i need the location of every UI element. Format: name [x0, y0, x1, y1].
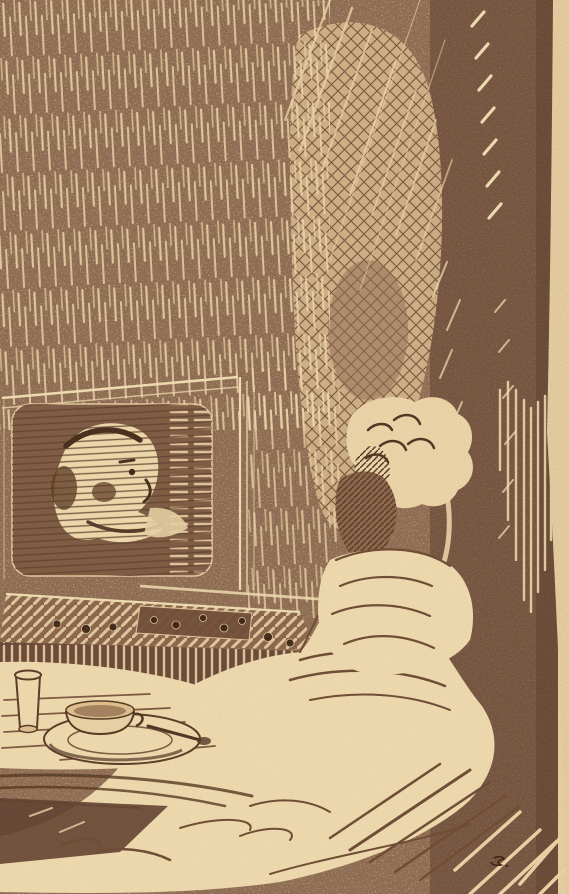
- illustration-canvas: [0, 0, 569, 894]
- print-grain-overlay: [0, 0, 569, 894]
- illustration-stage: [0, 0, 569, 894]
